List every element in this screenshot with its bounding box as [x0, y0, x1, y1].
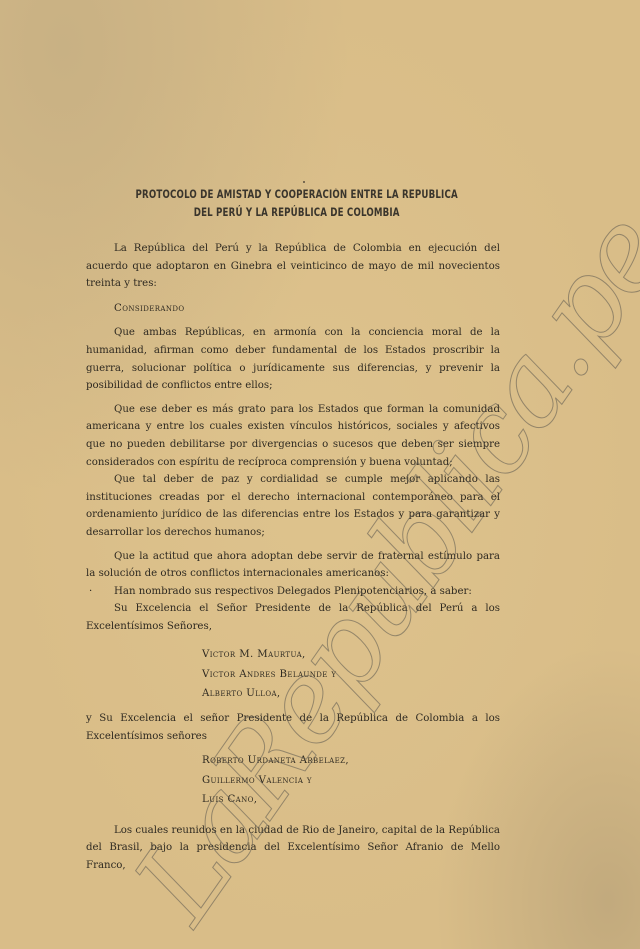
closing-paragraph: Los cuales reunidos en la ciudad de Rio … [86, 822, 500, 875]
delegate-name: Alberto Ulloa, [202, 684, 500, 704]
title-line-1: PROTOCOLO DE AMISTAD Y COOPERACIÓN ENTRE… [86, 186, 507, 204]
title-line-2: DEL PERÚ Y LA REPÚBLICA DE COLOMBIA [86, 204, 507, 222]
consideration-paragraph: Que ambas Repúblicas, en armonía con la … [86, 324, 500, 394]
consideration-paragraph: Que tal deber de paz y cordialidad se cu… [86, 471, 500, 541]
considerando-label: Considerando [114, 303, 185, 314]
ink-speck [303, 181, 305, 183]
delegate-name: Victor Andres Belaunde y [202, 665, 500, 685]
delegate-name: Luis Cano, [202, 790, 500, 810]
delegates-text: Han nombrado sus respectivos Delegados P… [114, 586, 472, 597]
document-page: PROTOCOLO DE AMISTAD Y COOPERACIÓN ENTRE… [0, 0, 640, 949]
document-body: La República del Perú y la República de … [86, 240, 500, 874]
delegate-name: Roberto Urdaneta Arbelaez, [202, 751, 500, 771]
peru-president-paragraph: Su Excelencia el Señor Presidente de la … [86, 600, 500, 635]
colombia-delegates-list: Roberto Urdaneta Arbelaez, Guillermo Val… [86, 751, 500, 810]
considerando-heading: Considerando [86, 300, 500, 318]
consideration-paragraph: Que la actitud que ahora adoptan debe se… [86, 548, 500, 583]
delegate-name: Guillermo Valencia y [202, 771, 500, 791]
bullet-mark: · [61, 583, 92, 601]
colombia-president-paragraph: y Su Excelencia el señor Presidente de l… [86, 710, 500, 745]
peru-delegates-list: Victor M. Maurtua, Victor Andres Belaund… [86, 645, 500, 704]
consideration-paragraph: Que ese deber es más grato para los Esta… [86, 401, 500, 471]
document-title: PROTOCOLO DE AMISTAD Y COOPERACIÓN ENTRE… [86, 186, 507, 222]
intro-paragraph: La República del Perú y la República de … [86, 240, 500, 293]
delegates-paragraph: ·Han nombrado sus respectivos Delegados … [86, 583, 500, 601]
delegate-name: Victor M. Maurtua, [202, 645, 500, 665]
